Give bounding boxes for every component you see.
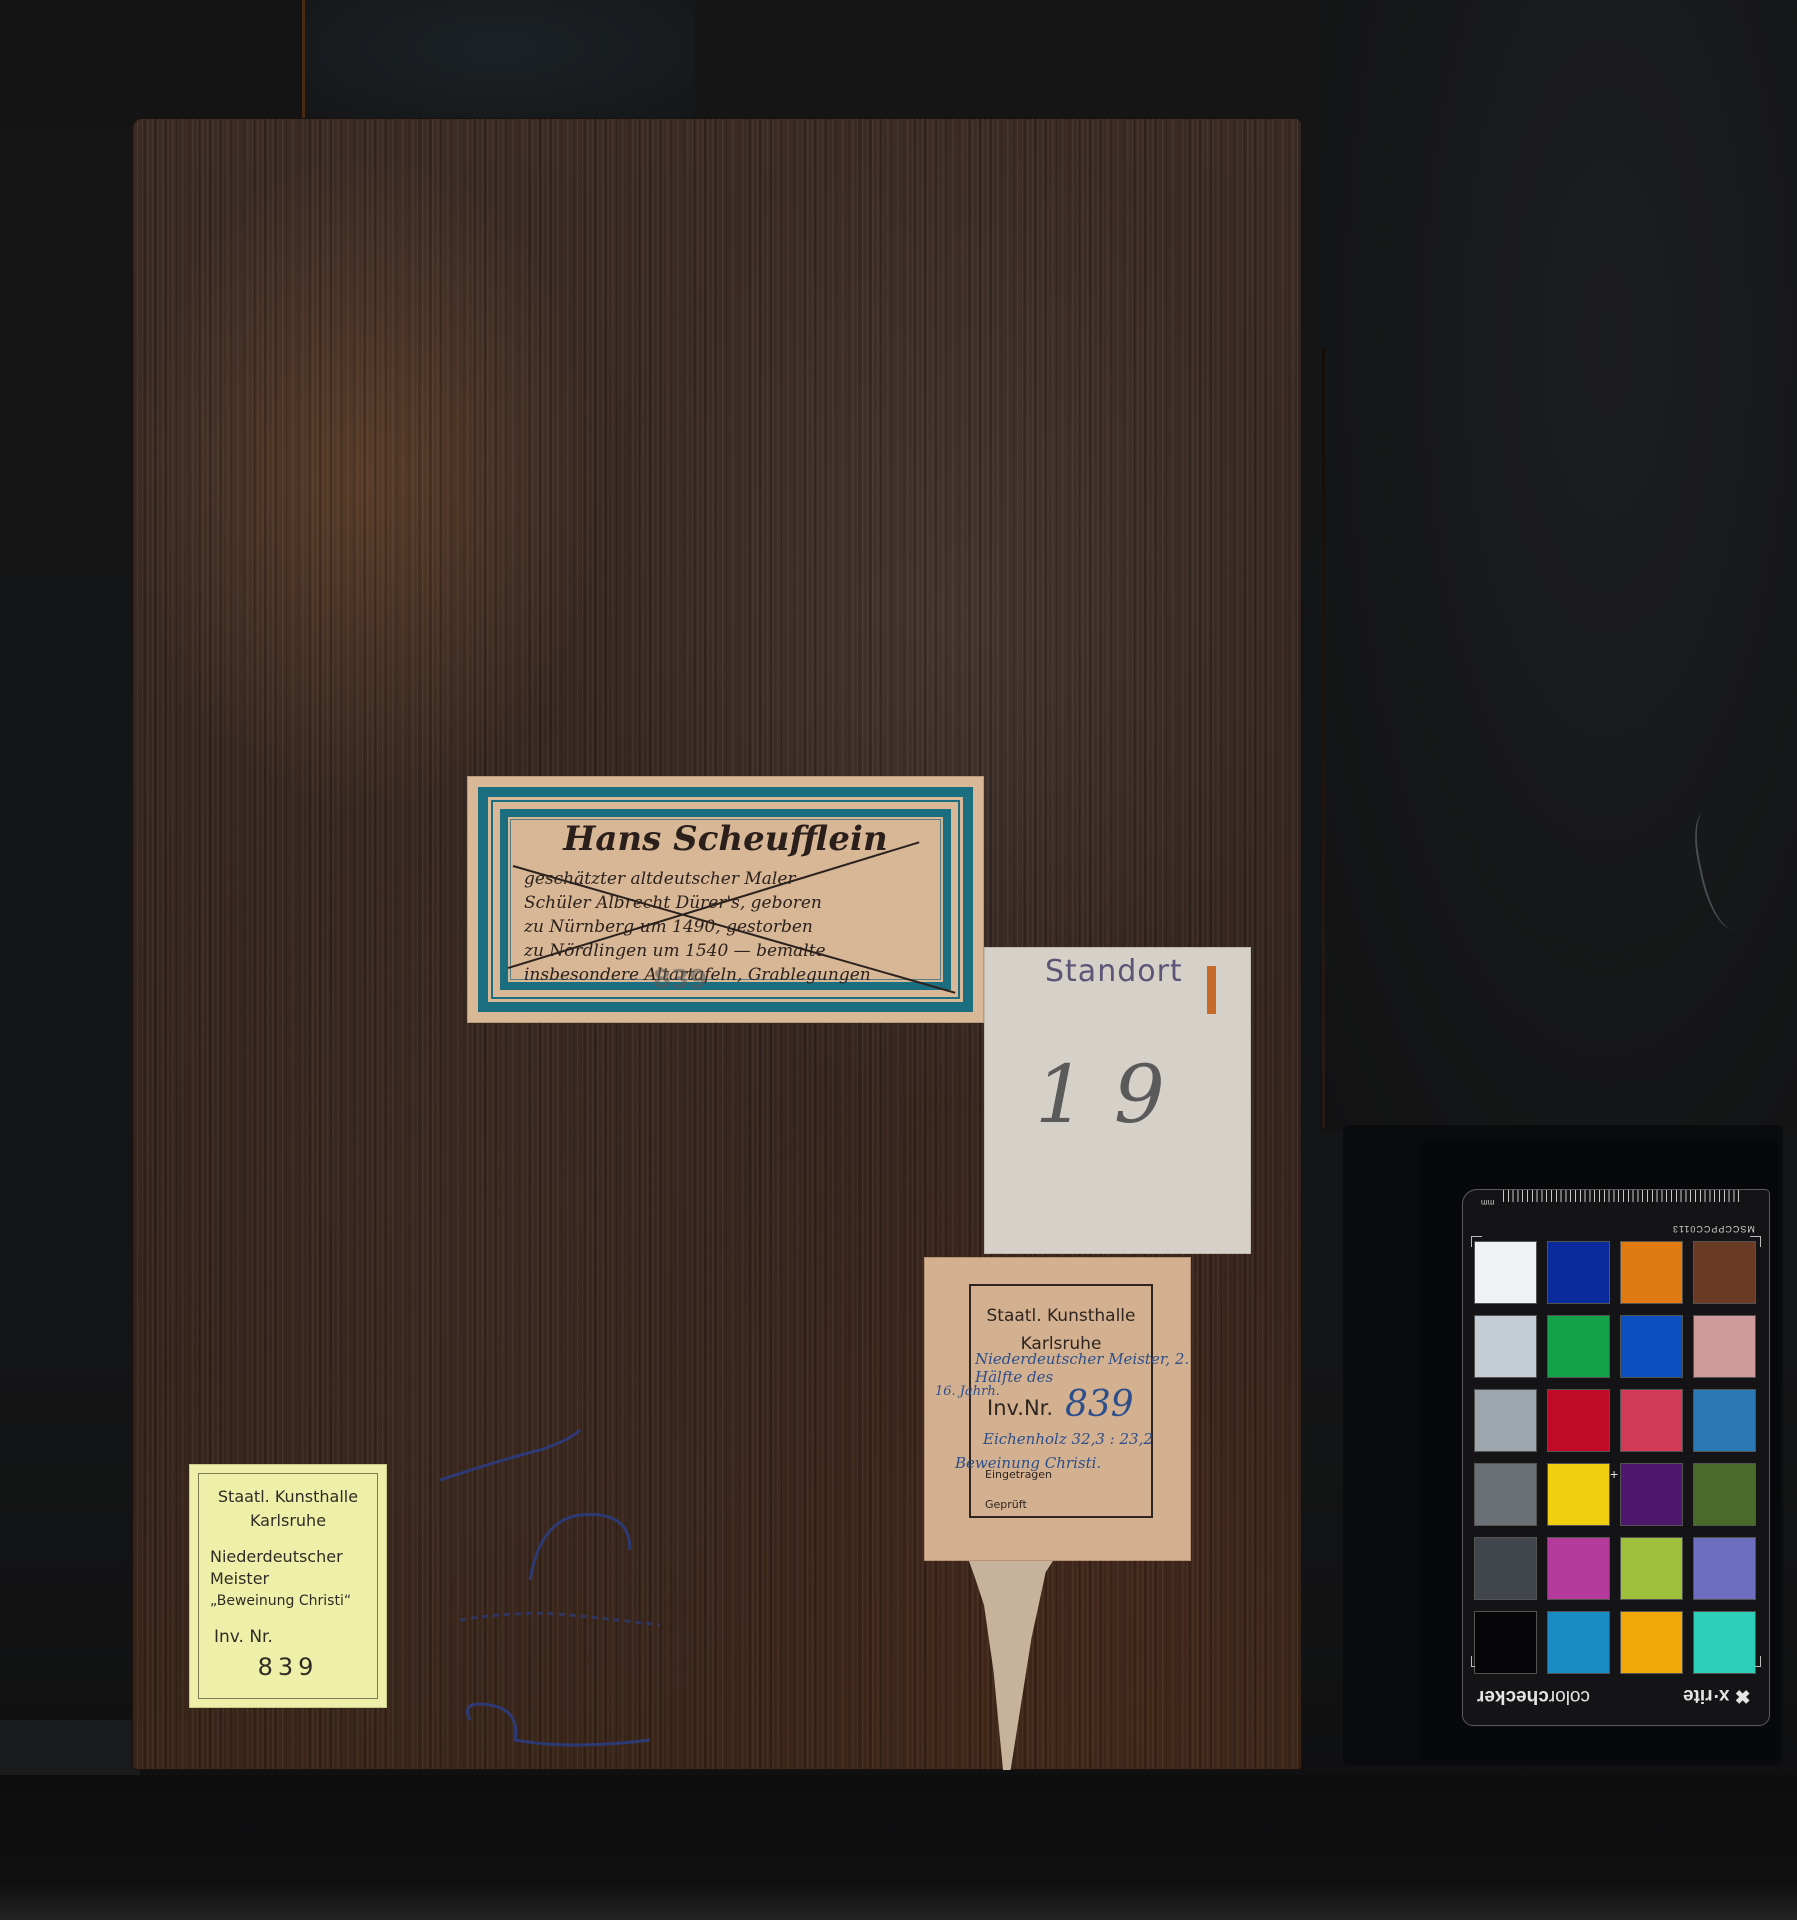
color-patch bbox=[1621, 1538, 1682, 1599]
field-entered: Eingetragen bbox=[985, 1468, 1052, 1481]
color-patch bbox=[1694, 1464, 1755, 1525]
artist-line: Niederdeutscher bbox=[210, 1547, 386, 1566]
artist-line: Meister bbox=[210, 1569, 386, 1588]
card-serial-number: MSCCPPCC0113 bbox=[1672, 1224, 1755, 1234]
color-patch bbox=[1475, 1464, 1536, 1525]
maker-logo: ✖ x·rite bbox=[1683, 1684, 1751, 1707]
inventory-label-old: Staatl. Kunsthalle Karlsruhe Niederdeuts… bbox=[925, 1258, 1190, 1560]
inventory-number: 839 bbox=[1065, 1384, 1134, 1425]
color-patch bbox=[1475, 1390, 1536, 1451]
shelf-ledge bbox=[0, 1720, 140, 1775]
color-patch bbox=[1694, 1242, 1755, 1303]
color-patch bbox=[1621, 1390, 1682, 1451]
inventory-label-new: Staatl. Kunsthalle Karlsruhe Niederdeuts… bbox=[190, 1465, 386, 1707]
color-patch bbox=[1475, 1242, 1536, 1303]
color-patch bbox=[1621, 1242, 1682, 1303]
color-patch-grid bbox=[1475, 1242, 1757, 1662]
institution-line: Staatl. Kunsthalle bbox=[190, 1487, 386, 1506]
backdrop-black-felt bbox=[1320, 0, 1797, 1130]
inventory-number: 839 bbox=[190, 1653, 386, 1681]
inventory-number-label: Inv. Nr. bbox=[214, 1627, 386, 1647]
label-line: Schüler Albrecht Dürer's, geboren bbox=[524, 891, 927, 915]
location-label: Standort 19 bbox=[985, 948, 1250, 1253]
artwork-title: „Beweinung Christi“ bbox=[210, 1593, 386, 1609]
institution-city: Karlsruhe bbox=[190, 1511, 386, 1530]
color-patch bbox=[1548, 1390, 1609, 1451]
color-patch bbox=[1621, 1464, 1682, 1525]
color-patch bbox=[1694, 1612, 1755, 1673]
attribution-label-scheufflein: Hans Scheufflein geschätzter altdeutsche… bbox=[468, 777, 983, 1022]
orange-crayon-mark bbox=[1207, 966, 1216, 1014]
wood-crack bbox=[1322, 348, 1325, 1128]
backdrop-felt-strip bbox=[302, 0, 695, 120]
handwritten-artist: Niederdeutscher Meister, 2. Hälfte des bbox=[975, 1350, 1195, 1386]
color-patch bbox=[1548, 1464, 1609, 1525]
label-artist-name: Hans Scheufflein bbox=[468, 819, 983, 859]
ruler-unit: mm bbox=[1481, 1198, 1494, 1207]
color-patch bbox=[1548, 1538, 1609, 1599]
blue-crayon-marks bbox=[420, 1420, 670, 1760]
brand-suffix: checker bbox=[1477, 1686, 1549, 1707]
institution-line: Staatl. Kunsthalle bbox=[971, 1302, 1151, 1330]
color-patch bbox=[1694, 1316, 1755, 1377]
brand-prefix: color bbox=[1549, 1686, 1590, 1707]
color-patch bbox=[1694, 1390, 1755, 1451]
color-patch bbox=[1475, 1316, 1536, 1377]
field-checked: Geprüft bbox=[985, 1498, 1027, 1511]
color-patch bbox=[1475, 1538, 1536, 1599]
pencil-inventory-number: 839 bbox=[653, 965, 707, 995]
center-crosshair-icon: + bbox=[1610, 1466, 1618, 1482]
ruler-minor-ticks bbox=[1503, 1190, 1743, 1212]
color-patch bbox=[1548, 1612, 1609, 1673]
color-patch bbox=[1621, 1316, 1682, 1377]
backdrop-dark-board bbox=[0, 0, 302, 125]
handwritten-material-dimensions: Eichenholz 32,3 : 23,2 bbox=[983, 1430, 1153, 1448]
color-checker-card: mm MSCCPPCC0113 + colorchecker ✖ x·rite bbox=[1463, 1190, 1769, 1725]
color-patch bbox=[1475, 1612, 1536, 1673]
color-patch bbox=[1694, 1538, 1755, 1599]
documentation-photo: Hans Scheufflein geschätzter altdeutsche… bbox=[0, 0, 1797, 1920]
floor-surface bbox=[0, 1775, 1797, 1920]
location-stamp: Standort bbox=[1045, 954, 1183, 989]
color-patch bbox=[1548, 1242, 1609, 1303]
brand-logotype: colorchecker bbox=[1477, 1685, 1590, 1707]
inventory-number-label: Inv.Nr. bbox=[987, 1396, 1053, 1420]
color-patch bbox=[1548, 1316, 1609, 1377]
color-patch bbox=[1621, 1612, 1682, 1673]
location-number: 19 bbox=[1035, 1048, 1193, 1141]
